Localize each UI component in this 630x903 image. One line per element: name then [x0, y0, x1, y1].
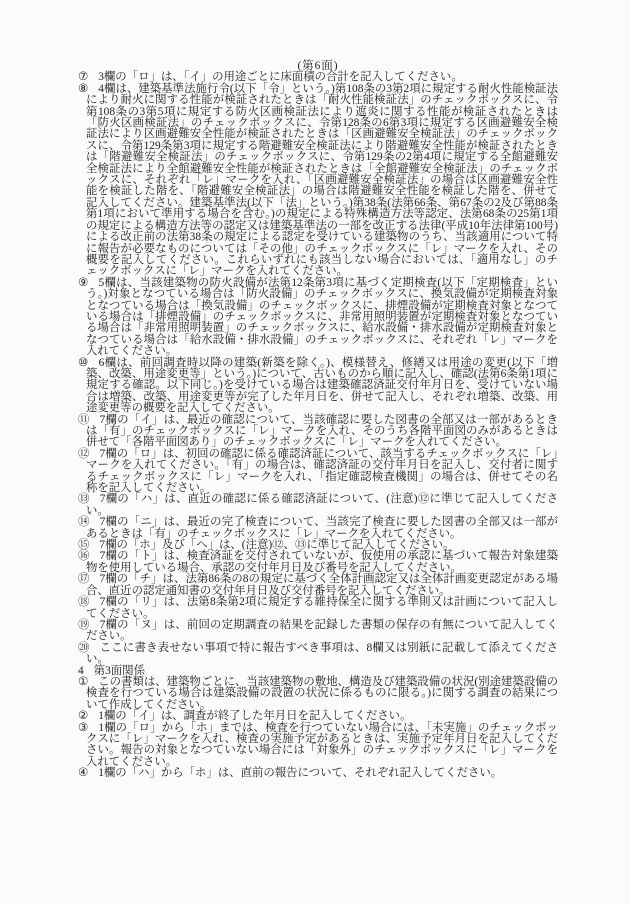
- item-text: 7欄の「イ」は、最近の確認について、当該確認に要した図書の全部又は一部があるとき…: [86, 414, 558, 449]
- item-text: 7欄の「リ」は、法第8条第2項に規定する維持保全に関する準則又は計画について記入…: [86, 596, 558, 619]
- instruction-item: ⑫7欄の「ロ」は、初回の確認に係る確認済証について、該当するチェックボックスに「…: [78, 449, 558, 495]
- item-text: 1欄の「ハ」から「ホ」は、直前の報告について、それぞれ記入してください。: [98, 767, 502, 779]
- item-text: ここに書き表せない事項で特に報告すべき事項は、8欄又は別紙に記載して添えてくださ…: [86, 642, 558, 665]
- instruction-item: ③1欄の「ロ」から「ホ」までは、検査を行つていない場合には、「未実施」のチェック…: [78, 723, 558, 769]
- document-page: (第6面) ⑦3欄の「ロ」は、「イ」の用途ごとに床面積の合計を記入してください。…: [0, 0, 630, 903]
- item-number: ⑱: [78, 596, 90, 608]
- item-text: この書類は、建築物ごとに、当該建築物の敷地、構造及び建築設備の状況(別途建築設備…: [86, 676, 558, 711]
- instruction-item: ⑩6欄は、前回調査時以降の建築(新築を除く。)、模様替え、修繕又は用途の変更(以…: [78, 358, 558, 415]
- item-text: 1欄の「ロ」から「ホ」までは、検査を行つていない場合には、「未実施」のチェックボ…: [86, 722, 558, 768]
- item-text: 7欄の「チ」は、法第86条の8の規定に基づく全体計画認定又は全体計画変更認定があ…: [86, 573, 558, 596]
- instruction-item: ⑳ここに書き表せない事項で特に報告すべき事項は、8欄又は別紙に記載して添えてくだ…: [78, 643, 558, 666]
- item-text: 7欄の「ニ」は、最近の完了検査について、当該完了検査に要した図書の全部又は一部が…: [86, 516, 558, 539]
- instruction-item: ⑯7欄の「ト」は、検査済証を交付されていないが、仮使用の承認に基づいて報告対象建…: [78, 551, 558, 574]
- item-text: 第3面関係: [94, 665, 145, 677]
- item-number: ⑭: [78, 516, 90, 528]
- item-number: ②: [78, 710, 88, 722]
- item-number: ③: [78, 722, 88, 734]
- item-number: ⑯: [78, 550, 90, 562]
- item-number: ⑦: [78, 71, 88, 83]
- item-text: 7欄の「ロ」は、初回の確認に係る確認済証について、該当するチェックボックスに「レ…: [86, 448, 558, 494]
- item-number: 4: [78, 665, 84, 677]
- item-number: ⑰: [78, 573, 89, 585]
- item-text: 7欄の「ヌ」は、前回の定期調査の結果を記録した書類の保存の有無について記入してく…: [86, 619, 558, 642]
- item-number: ⑩: [78, 357, 89, 369]
- instruction-item: ⑧4欄は、建築基準法施行令(以下「令」という。)第108条の3第2項に規定する耐…: [78, 84, 558, 278]
- instruction-item: ⑭7欄の「ニ」は、最近の完了検査について、当該完了検査に要した図書の全部又は一部…: [78, 517, 558, 540]
- item-number: ⑳: [78, 642, 90, 654]
- item-number: ④: [78, 767, 88, 779]
- item-text: 6欄は、前回調査時以降の建築(新築を除く。)、模様替え、修繕又は用途の変更(以下…: [86, 357, 558, 415]
- item-text: 7欄の「ハ」は、直近の確認に係る確認済証について、(注意)⑫に準じて記入してくだ…: [86, 493, 558, 516]
- instruction-item: ④1欄の「ハ」から「ホ」は、直前の報告について、それぞれ記入してください。: [78, 768, 558, 779]
- item-text: 3欄の「ロ」は、「イ」の用途ごとに床面積の合計を記入してください。: [98, 71, 463, 83]
- instruction-item: ⑱7欄の「リ」は、法第8条第2項に規定する維持保全に関する準則又は計画について記…: [78, 597, 558, 620]
- item-text: 1欄の「イ」は、調査が終了した年月日を記入してください。: [98, 710, 411, 722]
- instruction-item: ①この書類は、建築物ごとに、当該建築物の敷地、構造及び建築設備の状況(別途建築設…: [78, 677, 558, 711]
- item-text: 7欄の「ト」は、検査済証を交付されていないが、仮使用の承認に基づいて報告対象建築…: [86, 550, 558, 573]
- item-number: ⑬: [78, 493, 90, 505]
- item-text: 5欄は、当該建築物の防火設備が法第12条第3項に基づく定期検査(以下「定期検査」…: [86, 277, 558, 357]
- item-number: ⑧: [78, 83, 88, 95]
- item-text: 4欄は、建築基準法施行令(以下「令」という。)第108条の3第2項に規定する耐火…: [86, 83, 558, 278]
- instruction-item: ⑨5欄は、当該建築物の防火設備が法第12条第3項に基づく定期検査(以下「定期検査…: [78, 278, 558, 358]
- instruction-item: ⑪7欄の「イ」は、最近の確認について、当該確認に要した図書の全部又は一部があると…: [78, 415, 558, 449]
- instruction-item: ⑲7欄の「ヌ」は、前回の定期調査の結果を記録した書類の保存の有無について記入して…: [78, 620, 558, 643]
- instruction-list: ⑦3欄の「ロ」は、「イ」の用途ごとに床面積の合計を記入してください。 ⑧4欄は、…: [78, 72, 558, 779]
- instruction-item: ⑬7欄の「ハ」は、直近の確認に係る確認済証について、(注意)⑫に準じて記入してく…: [78, 494, 558, 517]
- instruction-item: ⑰7欄の「チ」は、法第86条の8の規定に基づく全体計画認定又は全体計画変更認定が…: [78, 574, 558, 597]
- item-number: ⑪: [78, 414, 90, 426]
- item-number: ⑨: [78, 277, 89, 289]
- item-number: ⑫: [78, 448, 90, 460]
